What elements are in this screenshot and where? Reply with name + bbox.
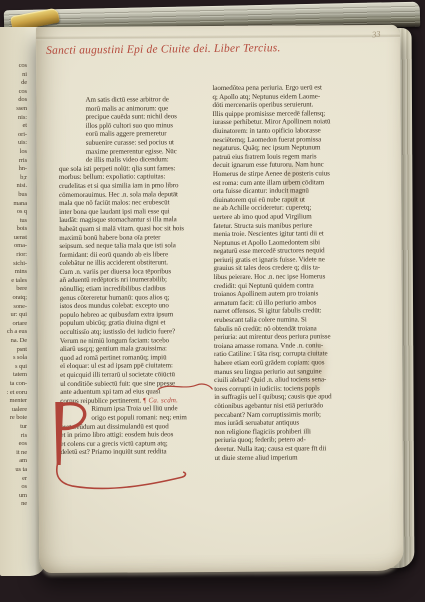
text-line: nisi. [0,181,27,190]
text-line: ur: qui [0,310,27,319]
text-line: bere [0,284,27,293]
text-line: s sola [0,353,27,362]
text-line: sone- [0,302,27,311]
text-line: os q [0,207,27,216]
page-title-rubric: Sancti augustini Epi de Ciuite dei. Libe… [46,41,346,56]
text-line: ni [0,70,27,79]
text-line: mana [0,199,27,208]
facing-page-text-fragments: cosnidecosdosssennis:etori-uis:losrrishn… [0,61,27,566]
text-line: s qui [0,362,27,371]
page-top-crease [36,34,400,40]
text-line: tur [0,422,27,431]
text-line: ut diuie sterne aliud imperium [215,453,371,463]
chapter1-body: que sola isti perpeti nolūt: qlia sunt f… [59,164,212,397]
text-line: ualere [0,405,27,414]
illuminated-initial-P [43,398,194,491]
text-line: et [0,121,27,130]
text-line: ris [0,431,27,440]
text-line: menter [0,396,27,405]
text-line: rior: [0,250,27,259]
red-line-filler-flourish [156,381,214,393]
text-line: e tales [0,276,27,285]
text-line: cos [0,61,27,70]
text-line: uis: [0,138,27,147]
text-line: na. De [0,336,27,345]
text-line: rris [0,156,27,165]
text-line: am [0,456,27,465]
text-line: ne [0,499,27,508]
text-line: tatem [0,370,27,379]
text-line: bois [0,224,27,233]
text-line: us ta [0,465,27,474]
text-line: ta con- [0,379,27,388]
text-line: cos [0,87,27,96]
text-line: er [0,474,27,483]
text-line: os [0,482,27,491]
text-line: psnt [0,345,27,354]
text-line: mins [0,267,27,276]
text-line: los [0,147,27,156]
text-line: sichi- [0,259,27,268]
text-line: oma- [0,241,27,250]
text-line: uenst [0,233,27,242]
text-line: ssen [0,104,27,113]
text-line: oratq; [0,293,27,302]
text-line: it ne [0,448,27,457]
text-line: b;r [0,173,27,182]
manuscript-page: 33 Sancti augustini Epi de Ciuite dei. L… [36,25,403,573]
text-line: re boie [0,413,27,422]
text-line: de [0,78,27,87]
text-line: nis: [0,113,27,122]
text-line: dos [0,95,27,104]
text-line: hn- [0,164,27,173]
text-line: ch a eus [0,327,27,336]
text-line: tus [0,216,27,225]
text-line: um [0,491,27,500]
text-line: ortare [0,319,27,328]
chapter1-opening-indented: Am satis dictū esse arbitror demorū mali… [58,95,210,165]
right-text-column: laomedōtea pena periuria. Ergo uerū estq… [212,83,370,462]
folio-number: 33 [371,29,381,40]
text-line: ori- [0,130,27,139]
text-line: : et eoru [0,388,27,397]
text-line: eos [0,439,27,448]
text-line: bus [0,190,27,199]
